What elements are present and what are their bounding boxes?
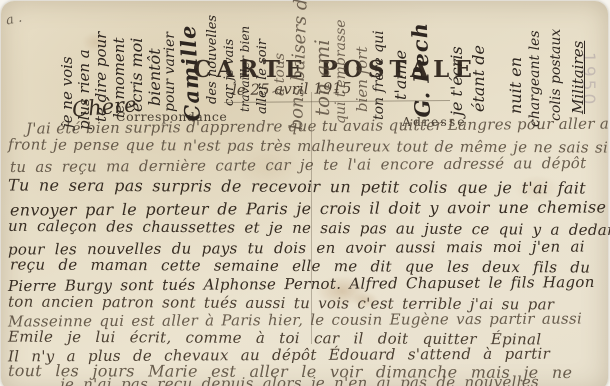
- vertical-note: écris moi: [127, 38, 146, 112]
- vertical-note: ton frère qui: [371, 30, 387, 120]
- vertical-note: car je vais: [222, 39, 237, 106]
- vertical-note: nuit en: [506, 57, 525, 114]
- vertical-note: plus rien a: [75, 49, 93, 130]
- vertical-note: je ne vois: [58, 56, 76, 128]
- signature-flourish: Camille: [175, 24, 205, 122]
- vertical-note: bien fort: [353, 47, 371, 113]
- vertical-note: ton ami: [310, 39, 334, 116]
- message-line: je n'ai pas reçu depuis alors je n'en ai…: [60, 373, 539, 386]
- vertical-note: qui t'embrasse: [333, 19, 349, 124]
- vertical-note: étant de: [469, 45, 488, 112]
- message-line: front je pense que tu n'est pas très mal…: [8, 135, 608, 156]
- signature-flourish: G. Pech: [407, 22, 435, 118]
- vertical-note: chargeant les: [527, 30, 543, 127]
- vertical-note: je t'écris: [447, 46, 466, 116]
- vertical-note: colis postaux: [548, 29, 564, 121]
- vertical-note-militaires: Militaires: [569, 41, 587, 114]
- message-line: Tu ne sera pas surpris de recevoir un pe…: [8, 175, 586, 197]
- postcard-scan: CARTE POSTALE Correspondance Adresse le …: [0, 0, 610, 386]
- vertical-note: travailler bien: [238, 26, 252, 112]
- vertical-note: te dire pour: [92, 32, 110, 122]
- vertical-note: aller le soir: [255, 39, 270, 114]
- message-line: envoyer par le porteur de Paris je crois…: [10, 197, 606, 219]
- vertical-note: à tous: [272, 53, 288, 96]
- vertical-note: le moment: [110, 38, 128, 119]
- vertical-note: des nouvelles: [205, 15, 220, 104]
